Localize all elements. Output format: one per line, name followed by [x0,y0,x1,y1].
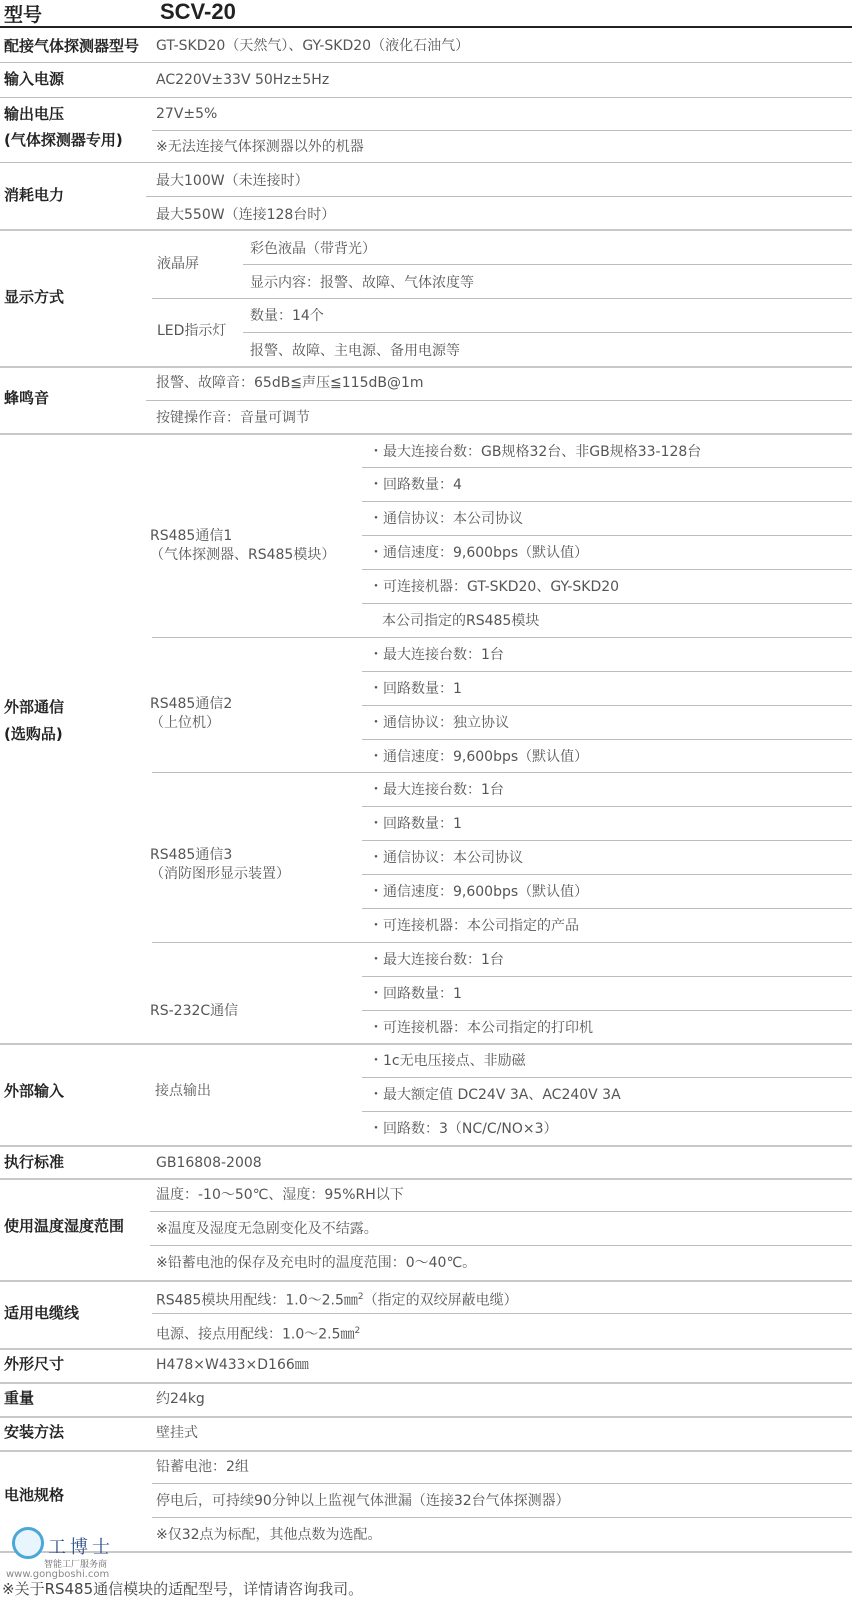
rs485-3-value: ・通信速度：9,600bps（默认值） [369,883,588,901]
env-range-value: 温度：-10～50℃、湿度：95%RH以下 [156,1186,404,1204]
rs485-1-value: 本公司指定的RS485模块 [382,612,539,630]
rs485-2-value: ・回路数量：1 [369,680,462,698]
output-voltage-label: 输出电压 [4,104,64,124]
input-power-label: 输入电源 [4,69,64,89]
rs485-1-value: ・通信速度：9,600bps（默认值） [369,544,588,562]
battery-value: 铅蓄电池：2组 [156,1458,249,1476]
output-voltage-value: 27V±5% [156,105,217,123]
display-label: 显示方式 [4,287,64,307]
external-input-label: 外部输入 [4,1081,64,1101]
divider [152,637,852,638]
rs485-2-value: ・通信协议：独立协议 [369,714,509,732]
divider [0,1450,852,1452]
divider [0,229,852,231]
divider [152,942,852,943]
model-value: SCV-20 [160,0,236,25]
mascot-icon [12,1527,44,1559]
buzzer-value: 报警、故障音：65dB≦声压≦115dB@1m [156,374,424,392]
divider [362,874,852,875]
rs485-1-sublabel: （气体探测器、RS485模块） [150,546,335,565]
cable-value: RS485模块用配线：1.0～2.5㎜2（指定的双绞屏蔽电缆） [156,1288,518,1310]
divider [362,467,852,468]
buzzer-label: 蜂鸣音 [4,388,49,408]
rs485-3-sublabel: （消防图形显示装置） [150,865,290,884]
env-range-label: 使用温度湿度范围 [4,1216,124,1236]
divider [362,569,852,570]
rs232c-value: ・可连接机器：本公司指定的打印机 [369,1019,593,1037]
detector-model-value: GT-SKD20（天然气）、GY-SKD20（液化石油气） [156,37,469,55]
divider [362,1077,852,1078]
rs485-2-value: ・通信速度：9,600bps（默认值） [369,748,588,766]
divider [362,739,852,740]
detector-model-label: 配接气体探测器型号 [4,36,139,56]
external-comm-label: 外部通信 [4,697,64,717]
divider [362,501,852,502]
lcd-value: 彩色液晶（带背光） [250,240,376,258]
divider [0,366,852,368]
battery-value: ※仅32点为标配，其他点数为选配。 [156,1526,382,1544]
rs485-3-value: ・回路数量：1 [369,815,462,833]
rs485-2-label: RS485通信2 [150,695,232,714]
divider [146,196,852,197]
divider [362,1111,852,1112]
divider [152,772,852,773]
led-value: 数量：14个 [250,307,324,325]
divider [152,1517,852,1518]
rs485-3-value: ・最大连接台数：1台 [369,781,504,799]
output-voltage-sublabel: (气体探测器专用) [4,130,123,150]
divider [152,1483,852,1484]
battery-label: 电池规格 [4,1485,64,1505]
divider [243,332,852,333]
divider [0,97,852,98]
watermark-brand: 工博士 [48,1533,114,1559]
divider [362,840,852,841]
divider [146,400,852,401]
divider [0,1416,852,1418]
rs485-3-label: RS485通信3 [150,846,232,865]
divider [0,1178,852,1180]
rs485-1-value: ・最大连接台数：GB规格32台、非GB规格33-128台 [369,443,701,461]
lcd-value: 显示内容：报警、故障、气体浓度等 [250,274,474,292]
standard-value: GB16808-2008 [156,1154,262,1172]
rs485-3-value: ・通信协议：本公司协议 [369,849,523,867]
watermark-logo: 工博士 智能工厂服务商 www.gongboshi.com [4,1527,144,1583]
divider [0,62,852,63]
rs485-1-label: RS485通信1 [150,527,232,546]
divider [150,1211,852,1212]
divider [0,433,852,435]
divider [362,976,852,977]
rs232c-label: RS-232C通信 [150,1002,238,1021]
weight-label: 重量 [4,1388,34,1408]
external-input-value: ・1c无电压接点、非励磁 [369,1052,526,1070]
contact-output-label: 接点输出 [155,1082,211,1101]
external-comm-sublabel: (选购品) [4,724,63,744]
dimensions-label: 外形尺寸 [4,1354,64,1374]
divider [150,1245,852,1246]
divider [362,671,852,672]
weight-value: 约24kg [156,1390,205,1408]
divider [362,535,852,536]
divider [362,908,852,909]
rs485-1-value: ・回路数量：4 [369,476,462,494]
divider [362,806,852,807]
mounting-value: 壁挂式 [156,1424,198,1442]
spec-header: 型号 SCV-20 [0,0,852,28]
input-power-value: AC220V±33V 50Hz±5Hz [156,71,329,89]
env-range-value: ※温度及湿度无急剧变化及不结露。 [156,1220,378,1238]
divider [362,705,852,706]
divider [152,130,852,131]
power-consumption-label: 消耗电力 [4,185,64,205]
divider [362,603,852,604]
rs232c-value: ・回路数量：1 [369,985,462,1003]
lcd-label: 液晶屏 [157,255,199,274]
external-input-value: ・回路数：3（NC/C/NO×3） [369,1120,558,1138]
divider [0,1145,852,1147]
cable-label: 适用电缆线 [4,1303,79,1323]
divider [0,1348,852,1350]
standard-label: 执行标准 [4,1152,64,1172]
rs485-1-value: ・可连接机器：GT-SKD20、GY-SKD20 [369,578,619,596]
buzzer-value: 按键操作音：音量可调节 [156,409,310,427]
output-voltage-note: ※无法连接气体探测器以外的机器 [156,138,364,156]
cable-value: 电源、接点用配线：1.0～2.5㎜2 [156,1322,360,1344]
rs485-1-value: ・通信协议：本公司协议 [369,510,523,528]
rs485-2-sublabel: （上位机） [150,714,220,733]
battery-value: 停电后，可持续90分钟以上监视气体泄漏（连接32台气体探测器） [156,1492,570,1510]
divider [152,1313,852,1314]
power-consumption-value: 最大550W（连接128台时） [156,206,335,224]
external-input-value: ・最大额定值 DC24V 3A、AC240V 3A [369,1086,621,1104]
env-range-value: ※铅蓄电池的保存及充电时的温度范围：0～40℃。 [156,1254,476,1272]
dimensions-value: H478×W433×D166㎜ [156,1356,309,1374]
led-value: 报警、故障、主电源、备用电源等 [250,342,460,360]
rs485-2-value: ・最大连接台数：1台 [369,646,504,664]
divider [0,162,852,163]
mounting-label: 安装方法 [4,1422,64,1442]
divider [152,298,852,299]
divider [362,1010,852,1011]
model-label: 型号 [4,0,42,27]
divider [0,1382,852,1384]
power-consumption-value: 最大100W（未连接时） [156,172,309,190]
rs485-3-value: ・可连接机器：本公司指定的产品 [369,917,579,935]
divider [243,264,852,265]
led-label: LED指示灯 [157,322,226,341]
divider [0,1280,852,1282]
divider [0,1043,852,1045]
rs232c-value: ・最大连接台数：1台 [369,951,504,969]
footnote: ※关于RS485通信模块的适配型号，详情请咨询我司。 [2,1578,363,1599]
